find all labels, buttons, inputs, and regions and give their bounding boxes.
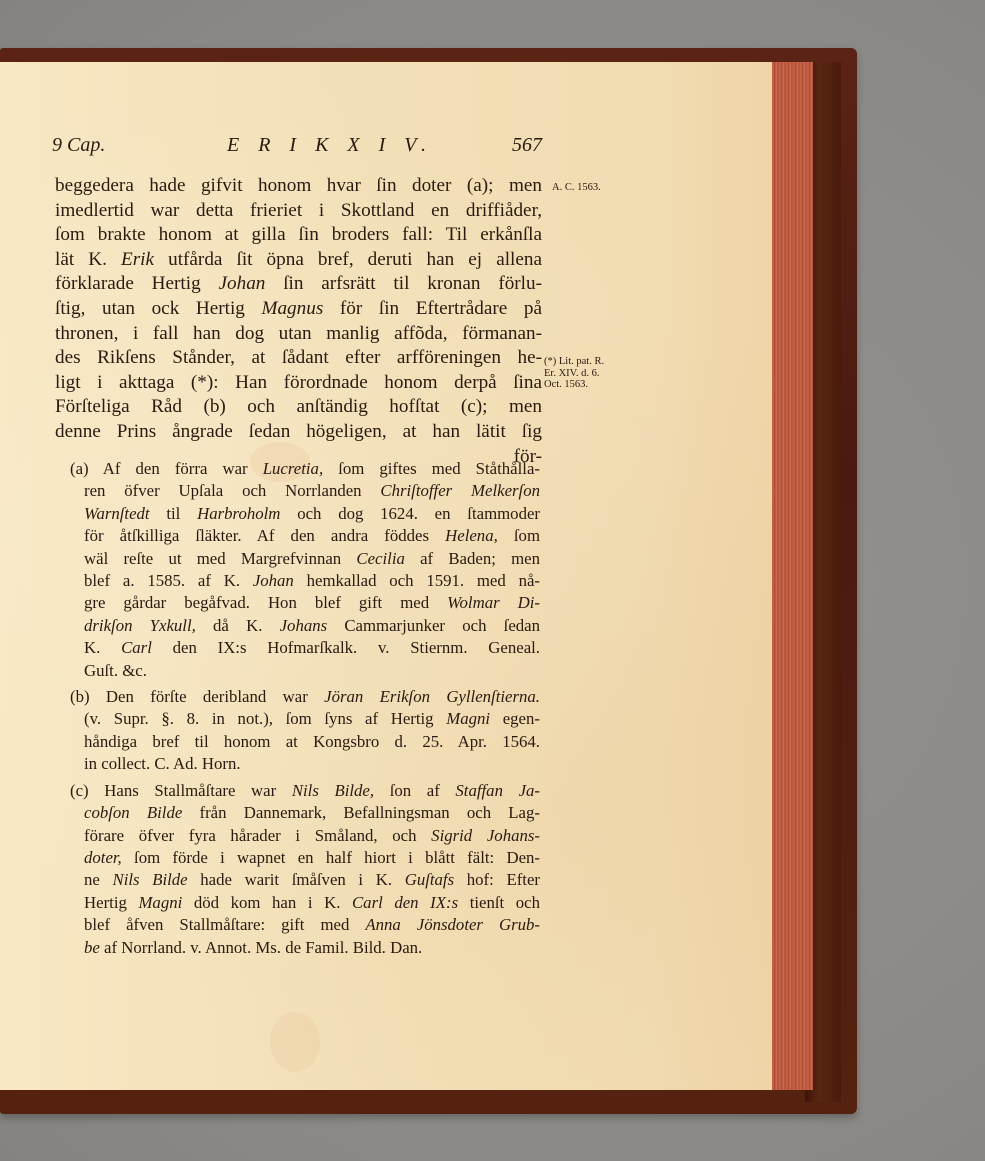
footnote-line: förare öfver fyra hårader i Småland, och… bbox=[70, 825, 540, 847]
italic-name: Magnus bbox=[261, 298, 323, 319]
footnote-line: gre gårdar begåfvad. Hon blef gift med W… bbox=[70, 592, 540, 614]
text-run: tienſt och bbox=[458, 893, 540, 912]
text-run: då K. bbox=[196, 616, 280, 635]
italic-name: Johans bbox=[280, 616, 328, 635]
text-run: egen- bbox=[490, 709, 540, 728]
text-run: denne Prins ångrade ſedan högeligen, at … bbox=[55, 421, 542, 442]
footnote-line: blef åfven Stallmåſtare: gift med Anna J… bbox=[70, 914, 540, 936]
text-run: af Baden; men bbox=[405, 549, 540, 568]
margin-note-year: A. C. 1563. bbox=[552, 182, 601, 194]
body-line: lät K. Erik utfårda ſit öpna bref, derut… bbox=[55, 248, 542, 273]
footnote: (b) Den förſte deribland war Jöran Erikſ… bbox=[70, 686, 540, 776]
italic-name: Erik bbox=[121, 249, 154, 270]
body-line: Förſteliga Råd (b) och anſtändig hofſtat… bbox=[55, 395, 542, 420]
text-run: håndiga bref til honom at Kongsbro d. 25… bbox=[84, 732, 540, 751]
text-run: des Rikſens Stånder, at ſådant efter arf… bbox=[55, 347, 542, 368]
footnote-line: Hertig Magni död kom han i K. Carl den I… bbox=[70, 892, 540, 914]
italic-name: Carl bbox=[121, 638, 152, 657]
text-run: förare öfver fyra hårader i Småland, och bbox=[84, 826, 431, 845]
body-line: beggedera hade gifvit honom hvar ſin dot… bbox=[55, 174, 542, 199]
footnote: (c) Hans Stallmåſtare war Nils Bilde, ſo… bbox=[70, 780, 540, 959]
text-run: imedlertid war detta frieriet i Skottlan… bbox=[55, 200, 542, 221]
footnote-line: ren öfver Upſala och Norrlanden Chriſtof… bbox=[70, 480, 540, 502]
italic-name: Anna Jönsdoter Grub- bbox=[365, 915, 540, 934]
italic-name: Harbroholm bbox=[197, 504, 280, 523]
page-number: 567 bbox=[512, 134, 542, 157]
body-line: ſtig, utan ock Hertig Magnus för ſin Eft… bbox=[55, 297, 542, 322]
text-run: Guſt. &c. bbox=[84, 661, 147, 680]
footnote: (a) Af den förra war Lucretia, ſom gifte… bbox=[70, 458, 540, 682]
text-run: utfårda ſit öpna bref, deruti han ej all… bbox=[154, 249, 542, 270]
body-line: des Rikſens Stånder, at ſådant efter arf… bbox=[55, 346, 542, 371]
body-line: thronen, i fall han dog utan manlig affõ… bbox=[55, 322, 542, 347]
italic-name: Johan bbox=[253, 571, 294, 590]
footnote-label: (a) bbox=[70, 459, 103, 478]
italic-name: Jöran Erikſon Gyllenſtierna. bbox=[324, 687, 540, 706]
italic-name: Nils Bilde bbox=[113, 870, 188, 889]
running-title: E R I K X I V. bbox=[227, 134, 433, 157]
text-run: blef åfven Stallmåſtare: gift med bbox=[84, 915, 365, 934]
footnote-line: Guſt. &c. bbox=[70, 660, 540, 682]
text-run: ſom giftes med Ståthålla- bbox=[323, 459, 540, 478]
text-run: förklarade Hertig bbox=[55, 273, 218, 294]
italic-name: Chriſtoffer Melkerſon bbox=[380, 481, 540, 500]
text-run: ſin arfsrätt til kronan förlu- bbox=[265, 273, 542, 294]
italic-name: Johan bbox=[218, 273, 265, 294]
text-run: ſom bbox=[498, 526, 540, 545]
text-run: hof: Efter bbox=[454, 870, 540, 889]
text-run: ſtig, utan ock Hertig bbox=[55, 298, 261, 319]
footnotes-block: (a) Af den förra war Lucretia, ſom gifte… bbox=[70, 458, 540, 963]
italic-name: Nils Bilde, bbox=[292, 781, 374, 800]
text-run: död kom han i K. bbox=[182, 893, 352, 912]
text-run: ren öfver Upſala och Norrlanden bbox=[84, 481, 380, 500]
italic-name: cobſon Bilde bbox=[84, 803, 182, 822]
text-run: från Dannemark, Befallningsman och Lag- bbox=[182, 803, 540, 822]
text-run: K. bbox=[84, 638, 121, 657]
footnote-label: (c) bbox=[70, 781, 104, 800]
footnote-line: för åtſkilliga ſläkter. Af den andra föd… bbox=[70, 525, 540, 547]
text-run: thronen, i fall han dog utan manlig affõ… bbox=[55, 323, 542, 344]
citation-line: Oct. 1563. bbox=[544, 379, 634, 391]
italic-name: Guſtafs bbox=[405, 870, 454, 889]
text-run: blef a. 1585. af K. bbox=[84, 571, 253, 590]
text-run: Hans Stallmåſtare war bbox=[104, 781, 292, 800]
text-run: ſom förde i wapnet en half hiort i blått… bbox=[122, 848, 540, 867]
body-line: ligt i akttaga (*): Han förordnade honom… bbox=[55, 371, 542, 396]
text-run: Den förſte deribland war bbox=[106, 687, 324, 706]
paper-stain bbox=[270, 1012, 320, 1072]
italic-name: be bbox=[84, 938, 100, 957]
page-edges-red bbox=[770, 62, 813, 1090]
italic-name: Staffan Ja- bbox=[455, 781, 540, 800]
footnote-line: (b) Den förſte deribland war Jöran Erikſ… bbox=[70, 686, 540, 708]
text-run: Cammarjunker och ſedan bbox=[327, 616, 540, 635]
footnote-line: drikſon Yxkull, då K. Johans Cammarjunke… bbox=[70, 615, 540, 637]
footnote-line: (a) Af den förra war Lucretia, ſom gifte… bbox=[70, 458, 540, 480]
text-run: (v. Supr. §. 8. in not.), ſom ſyns af He… bbox=[84, 709, 446, 728]
footnote-line: (c) Hans Stallmåſtare war Nils Bilde, ſo… bbox=[70, 780, 540, 802]
italic-name: Sigrid Johans- bbox=[431, 826, 540, 845]
main-body-text: beggedera hade gifvit honom hvar ſin dot… bbox=[55, 174, 542, 469]
italic-name: Magni bbox=[138, 893, 182, 912]
text-run: af Norrland. v. Annot. Ms. de Famil. Bil… bbox=[100, 938, 422, 957]
text-run: hade warit ſmåſven i K. bbox=[188, 870, 405, 889]
text-run: hemkallad och 1591. med nå- bbox=[294, 571, 540, 590]
italic-name: Wolmar Di- bbox=[447, 593, 540, 612]
footnote-line: K. Carl den IX:s Hofmarſkalk. v. Stiernm… bbox=[70, 637, 540, 659]
italic-name: Carl den IX:s bbox=[352, 893, 458, 912]
text-run: gre gårdar begåfvad. Hon blef gift med bbox=[84, 593, 447, 612]
footnote-line: (v. Supr. §. 8. in not.), ſom ſyns af He… bbox=[70, 708, 540, 730]
text-run: ligt i akttaga (*): Han förordnade honom… bbox=[55, 372, 542, 393]
chapter-label: 9 Cap. bbox=[52, 134, 105, 157]
citation-line: Er. XIV. d. 6. bbox=[544, 368, 634, 380]
footnote-label: (b) bbox=[70, 687, 106, 706]
footnote-line: in collect. C. Ad. Horn. bbox=[70, 753, 540, 775]
citation-line: (*) Lit. pat. R. bbox=[544, 356, 634, 368]
footnote-line: wäl reſte ut med Margrefvinnan Cecilia a… bbox=[70, 548, 540, 570]
text-run: ne bbox=[84, 870, 113, 889]
footnote-line: be af Norrland. v. Annot. Ms. de Famil. … bbox=[70, 937, 540, 959]
text-run: wäl reſte ut med Margrefvinnan bbox=[84, 549, 356, 568]
footnote-line: Warnſtedt til Harbroholm och dog 1624. e… bbox=[70, 503, 540, 525]
italic-name: drikſon Yxkull, bbox=[84, 616, 196, 635]
text-run: beggedera hade gifvit honom hvar ſin dot… bbox=[55, 175, 542, 196]
text-run: och dog 1624. en ſtammoder bbox=[280, 504, 540, 523]
text-run: ſon af bbox=[374, 781, 455, 800]
text-run: lät K. bbox=[55, 249, 121, 270]
text-run: för åtſkilliga ſläkter. Af den andra föd… bbox=[84, 526, 445, 545]
body-line: ſom brakte honom at gilla ſin broders fa… bbox=[55, 223, 542, 248]
italic-name: Magni bbox=[446, 709, 490, 728]
footnote-line: doter, ſom förde i wapnet en half hiort … bbox=[70, 847, 540, 869]
body-line: denne Prins ångrade ſedan högeligen, at … bbox=[55, 420, 542, 445]
margin-note-citation: (*) Lit. pat. R.Er. XIV. d. 6.Oct. 1563. bbox=[544, 356, 634, 391]
footnote-line: håndiga bref til honom at Kongsbro d. 25… bbox=[70, 731, 540, 753]
text-run: til bbox=[150, 504, 198, 523]
text-run: för ſin Eftertrådare på bbox=[323, 298, 542, 319]
italic-name: Lucretia, bbox=[263, 459, 323, 478]
italic-name: Helena, bbox=[445, 526, 498, 545]
text-run: Hertig bbox=[84, 893, 138, 912]
italic-name: Cecilia bbox=[356, 549, 404, 568]
text-run: den IX:s Hofmarſkalk. v. Stiernm. Geneal… bbox=[152, 638, 540, 657]
italic-name: Warnſtedt bbox=[84, 504, 150, 523]
italic-name: doter, bbox=[84, 848, 122, 867]
text-run: in collect. C. Ad. Horn. bbox=[84, 754, 241, 773]
footnote-line: cobſon Bilde från Dannemark, Befallnings… bbox=[70, 802, 540, 824]
text-run: Förſteliga Råd (b) och anſtändig hofſtat… bbox=[55, 396, 542, 417]
body-line: imedlertid war detta frieriet i Skottlan… bbox=[55, 199, 542, 224]
text-run: Af den förra war bbox=[103, 459, 263, 478]
running-head: 9 Cap. E R I K X I V. 567 bbox=[52, 134, 542, 164]
footnote-line: blef a. 1585. af K. Johan hemkallad och … bbox=[70, 570, 540, 592]
body-line: förklarade Hertig Johan ſin arfsrätt til… bbox=[55, 272, 542, 297]
text-run: ſom brakte honom at gilla ſin broders fa… bbox=[55, 224, 542, 245]
footnote-line: ne Nils Bilde hade warit ſmåſven i K. Gu… bbox=[70, 869, 540, 891]
